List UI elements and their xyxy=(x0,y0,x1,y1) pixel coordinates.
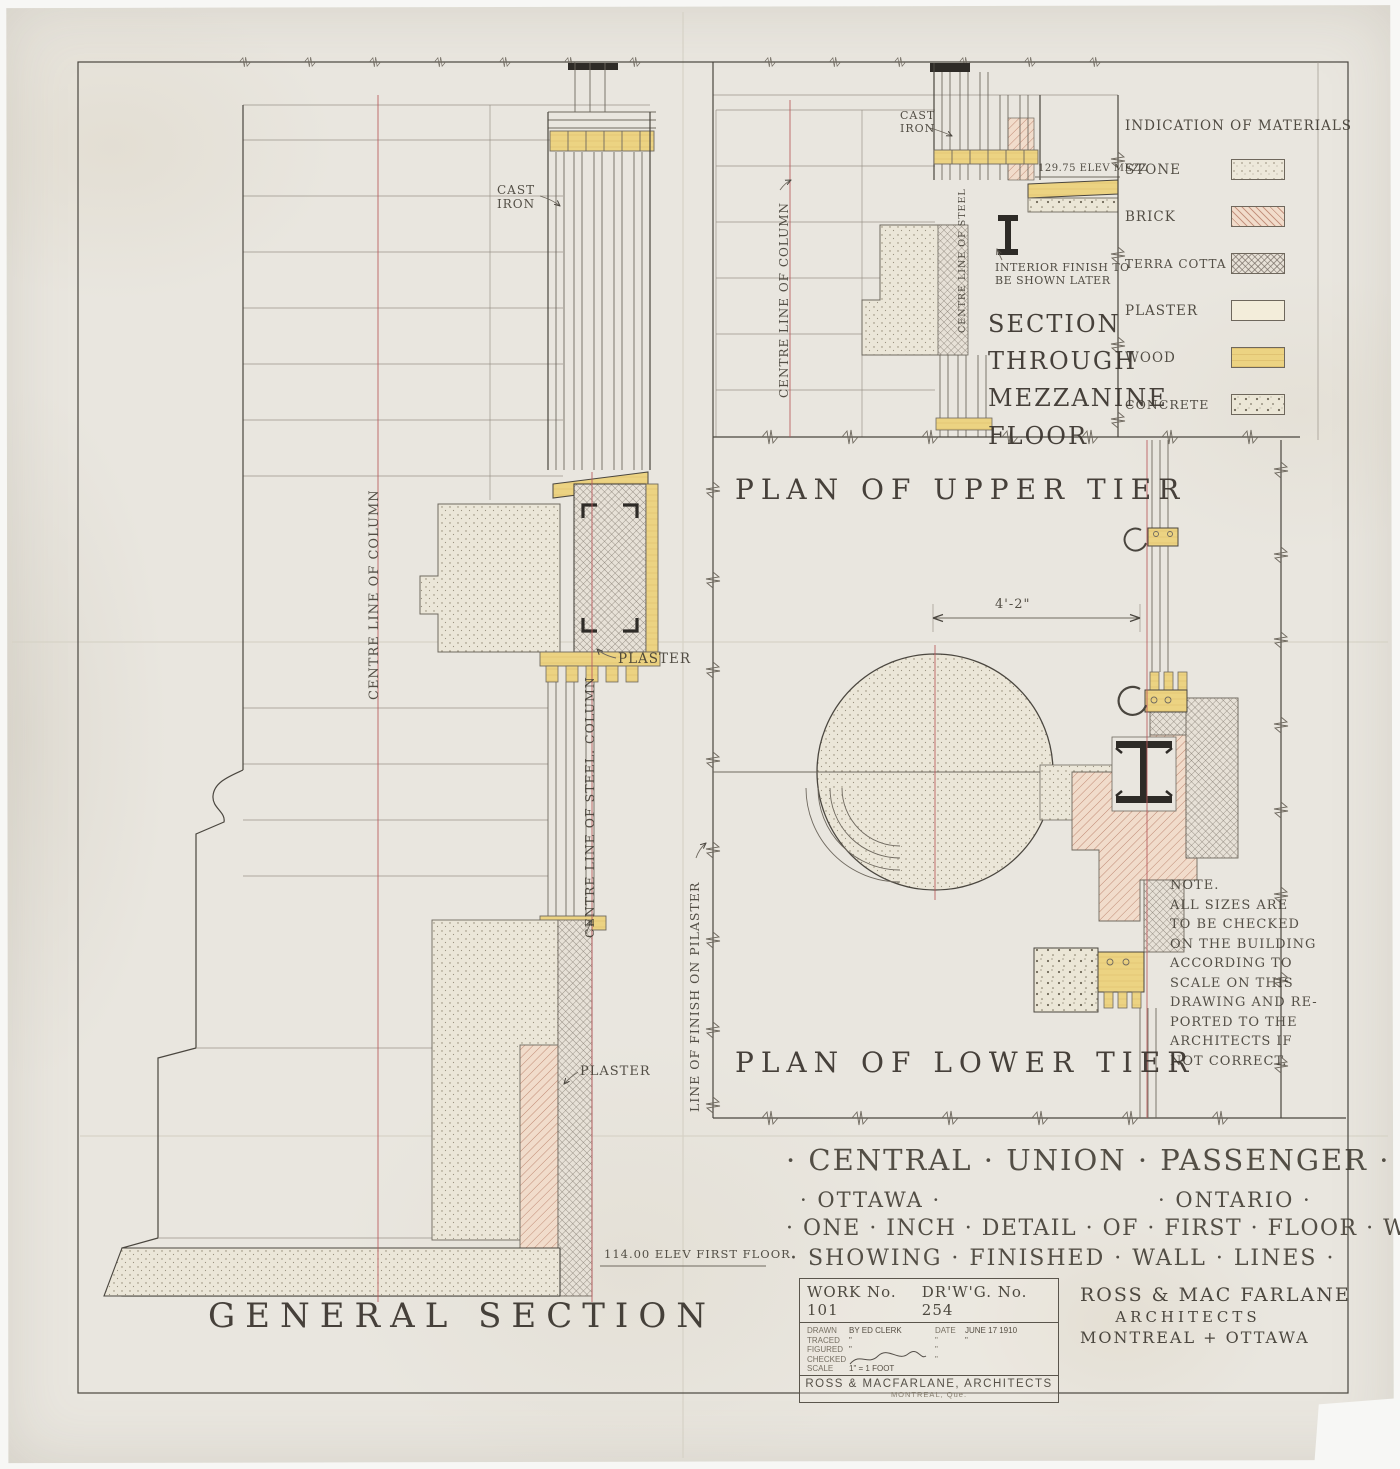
label-line-of-finish-pilaster: LINE OF FINISH ON PILASTER xyxy=(688,882,703,1112)
label-centre-line-steel: CENTRE LINE OF STEEL xyxy=(957,188,968,333)
materials-legend: INDICATION OF MATERIALS STONE BRICK TERR… xyxy=(1125,118,1285,428)
drawing-title-line1: · CENTRAL · UNION · PASSENGER · STATION … xyxy=(786,1143,1400,1177)
legend-label: CONCRETE xyxy=(1125,397,1231,412)
drawing-number: DR'W'G. No. 254 xyxy=(922,1283,1051,1319)
architects-block: ROSS & MAC FARLANE ARCHITECTS MONTREAL +… xyxy=(1080,1284,1296,1347)
work-number: WORK No. 101 xyxy=(807,1283,922,1319)
legend-item-concrete: CONCRETE xyxy=(1125,381,1285,428)
row-label: CHECKED xyxy=(807,1355,849,1364)
legend-item-plaster: PLASTER xyxy=(1125,287,1285,334)
row-date-label: " xyxy=(935,1345,965,1354)
legend-title: INDICATION OF MATERIALS xyxy=(1125,118,1285,134)
architects-location: MONTREAL + OTTAWA xyxy=(1080,1328,1296,1347)
legend-label: TERRA COTTA xyxy=(1125,257,1231,271)
architects-name: ROSS & MAC FARLANE xyxy=(1080,1284,1296,1306)
row-date-label: " xyxy=(935,1336,965,1345)
drawing-sheet: CAST IRON CENTRE LINE OF COLUMN PLASTER … xyxy=(0,0,1400,1469)
general-section-drawing xyxy=(104,63,766,1302)
label-cast-iron-mezzanine: CAST IRON xyxy=(900,110,935,136)
firm-location: MONTREAL, Que. xyxy=(800,1390,1058,1399)
label-centre-line-column-general: CENTRE LINE OF COLUMN xyxy=(367,489,382,700)
row-label: SCALE xyxy=(807,1364,849,1373)
drawing-title-line4: · SHOWING · FINISHED · WALL · LINES · xyxy=(790,1246,1336,1272)
row-date-label: DATE xyxy=(935,1326,965,1335)
row-label: DRAWN xyxy=(807,1326,849,1335)
drawing-title-city: · OTTAWA · xyxy=(800,1188,941,1213)
label-plaster-lower: PLASTER xyxy=(580,1064,651,1079)
legend-swatch-concrete xyxy=(1231,394,1285,415)
label-elevation-first-floor: 114.00 ELEV FIRST FLOOR xyxy=(604,1248,791,1262)
legend-swatch-wood xyxy=(1231,347,1285,368)
label-dimension: 4'-2" xyxy=(995,597,1031,612)
row-value: " xyxy=(849,1336,935,1345)
row-value: BY ED CLERK xyxy=(849,1326,935,1335)
legend-swatch-terracotta xyxy=(1231,253,1285,274)
drawing-title-line3: · ONE · INCH · DETAIL · OF · FIRST · FLO… xyxy=(786,1216,1400,1242)
legend-swatch-stone xyxy=(1231,159,1285,180)
row-label: FIGURED xyxy=(807,1345,849,1354)
legend-swatch-plaster xyxy=(1231,300,1285,321)
legend-item-brick: BRICK xyxy=(1125,193,1285,240)
title-block-footer: ROSS & MACFARLANE, ARCHITECTS MONTREAL, … xyxy=(800,1375,1058,1402)
title-block-header: WORK No. 101 DR'W'G. No. 254 xyxy=(800,1279,1058,1323)
section-title-lower-tier: PLAN OF LOWER TIER xyxy=(735,1046,1195,1079)
title-block: WORK No. 101 DR'W'G. No. 254 DRAWNBY ED … xyxy=(799,1278,1059,1403)
label-interior-finish-note: INTERIOR FINISH TO BE SHOWN LATER xyxy=(995,262,1130,288)
section-title-upper-tier: PLAN OF UPPER TIER xyxy=(735,473,1186,506)
row-date: JUNE 17 1910 xyxy=(965,1326,1051,1335)
legend-label: BRICK xyxy=(1125,209,1231,225)
legend-swatch-brick xyxy=(1231,206,1285,227)
drawing-title-province: · ONTARIO · xyxy=(1158,1188,1312,1213)
signature-squiggle xyxy=(848,1350,928,1370)
legend-item-terracotta: TERRA COTTA xyxy=(1125,240,1285,287)
legend-label: PLASTER xyxy=(1125,303,1231,319)
legend-label: WOOD xyxy=(1125,350,1231,366)
legend-item-stone: STONE xyxy=(1125,146,1285,193)
label-plaster-upper: PLASTER xyxy=(618,652,691,668)
label-centre-line-column-mezzanine: CENTRE LINE OF COLUMN xyxy=(777,202,791,398)
firm-name: ROSS & MACFARLANE, ARCHITECTS xyxy=(800,1378,1058,1390)
title-block-body: DRAWNBY ED CLERKDATEJUNE 17 1910 TRACED"… xyxy=(800,1323,1058,1375)
note-block: NOTE. ALL SIZES ARE TO BE CHECKED ON THE… xyxy=(1170,876,1318,1071)
architects-role: ARCHITECTS xyxy=(1080,1308,1296,1326)
label-cast-iron-general: CAST IRON xyxy=(497,183,535,211)
row-label: TRACED xyxy=(807,1336,849,1345)
legend-label: STONE xyxy=(1125,162,1231,178)
label-centre-line-steel-column: CENTRE LINE OF STEEL. COLUMN xyxy=(583,676,598,938)
row-date-label: " xyxy=(935,1355,965,1364)
row-date: " xyxy=(965,1336,1051,1345)
section-title-general: GENERAL SECTION xyxy=(208,1296,716,1336)
legend-item-wood: WOOD xyxy=(1125,334,1285,381)
